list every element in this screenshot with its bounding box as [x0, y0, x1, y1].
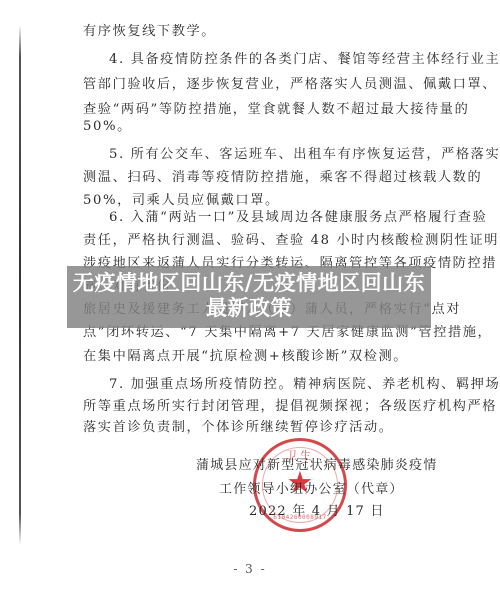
signature-org-line1: 蒲城县应对新型冠状病毒感染肺炎疫情 — [196, 458, 437, 474]
doc-line: 4. 具备疫情防控条件的各类门店、餐馆等经营主体经行业主 — [109, 52, 500, 68]
doc-line: 责任，严格执行测温、验码、查验 48 小时内核酸检测阴性证明， — [83, 233, 500, 249]
doc-line: 测温、扫码、消毒等疫情防控措施，乘客不得超过核载人数的 — [83, 170, 482, 186]
doc-line: 6. 入蒲“两站一口”及县域周边各健康服务点严格履行查验 — [109, 210, 487, 226]
doc-line: 50%，司乘人员应佩戴口罩。 — [83, 193, 280, 209]
doc-line: 50%。 — [83, 119, 132, 135]
doc-line: 有序恢复线下教学。 — [83, 24, 216, 40]
title-overlay-banner: 无疫情地区回山东/无疫情地区回山东最新政策 — [67, 266, 431, 328]
doc-line: 在集中隔离点开展“抗原检测+核酸诊断”双检测。 — [83, 349, 408, 365]
doc-line: 5. 所有公交车、客运班车、出租车有序恢复运营，严格落实 — [109, 147, 500, 163]
doc-line: 7. 加强重点场所疫情防控。精神病医院、养老机构、羁押场 — [109, 377, 500, 393]
signature-org-line2: 工作领导小组办公室（代章） — [219, 482, 404, 498]
doc-line: 管部门验收后，逐步恢复营业，严格落实人员测温、佩戴口罩、 — [83, 77, 497, 93]
page-edge-line — [19, 25, 21, 545]
page-number: - 3 - — [0, 562, 500, 576]
overlay-title: 无疫情地区回山东/无疫情地区回山东最新政策 — [67, 271, 431, 321]
doc-line: 所等重点场所实行封闭管理，提倡视频探视；各级医疗机构严格 — [83, 399, 497, 415]
signature-date: 2022 年 4 月 17 日 — [249, 504, 385, 520]
doc-line: 落实首诊负责制，个体诊所继续暂停诊疗活动。 — [83, 420, 394, 436]
doc-line: 查验“两码”等防控措施，堂食就餐人数不超过最大接待量的 — [83, 102, 469, 118]
